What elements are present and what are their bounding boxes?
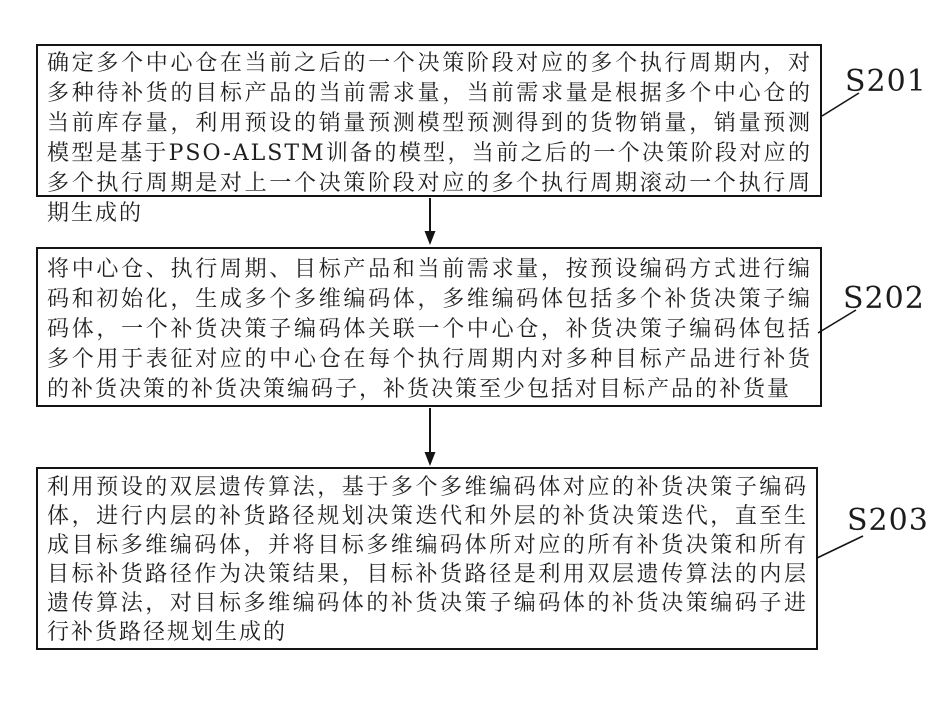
step-label-s202: S202 (843, 281, 925, 316)
step-s203-text: 利用预设的双层遗传算法，基于多个多维编码体对应的补货决策子编码体，进行内层的补货… (47, 473, 808, 647)
step-label-s203: S203 (847, 503, 929, 538)
leader-line-s203 (817, 536, 863, 558)
step-s201-text: 确定多个中心仓在当前之后的一个决策阶段对应的多个执行周期内，对多种待补货的目标产… (47, 49, 812, 229)
step-s202-text: 将中心仓、执行周期、目标产品和当前需求量，按预设编码方式进行编码和初始化，生成多… (47, 255, 812, 405)
flow-step-box-s201: 确定多个中心仓在当前之后的一个决策阶段对应的多个执行周期内，对多种待补货的目标产… (36, 44, 822, 197)
flow-step-box-s202: 将中心仓、执行周期、目标产品和当前需求量，按预设编码方式进行编码和初始化，生成多… (36, 247, 822, 407)
flow-step-box-s203: 利用预设的双层遗传算法，基于多个多维编码体对应的补货决策子编码体，进行内层的补货… (36, 467, 818, 650)
flow-arrow-s202-s203 (425, 408, 436, 466)
flowchart-canvas: 确定多个中心仓在当前之后的一个决策阶段对应的多个执行周期内，对多种待补货的目标产… (0, 0, 930, 702)
step-label-s201: S201 (845, 64, 927, 99)
